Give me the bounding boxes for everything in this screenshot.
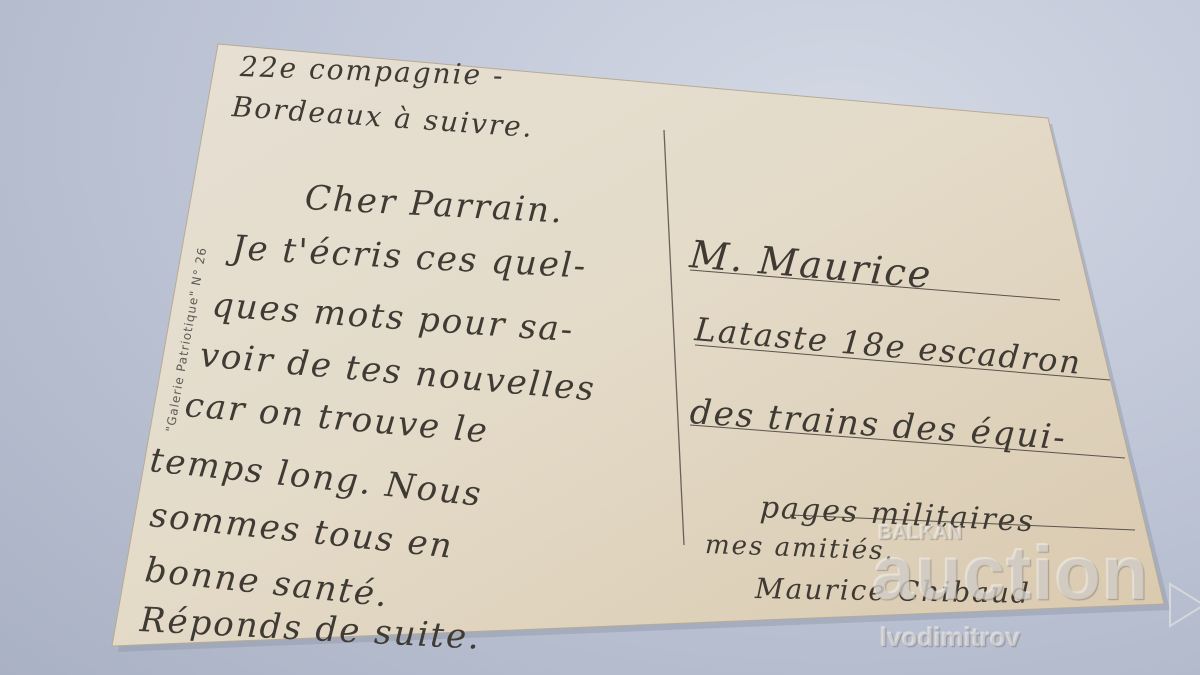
photo-scene: 22e compagnie - Bordeaux à suivre. "Gale…	[0, 0, 1200, 675]
watermark-seller: lvodimitrov	[880, 622, 1020, 653]
watermark-play-icon	[1168, 580, 1200, 630]
watermark-brand-large: auction	[872, 530, 1149, 617]
